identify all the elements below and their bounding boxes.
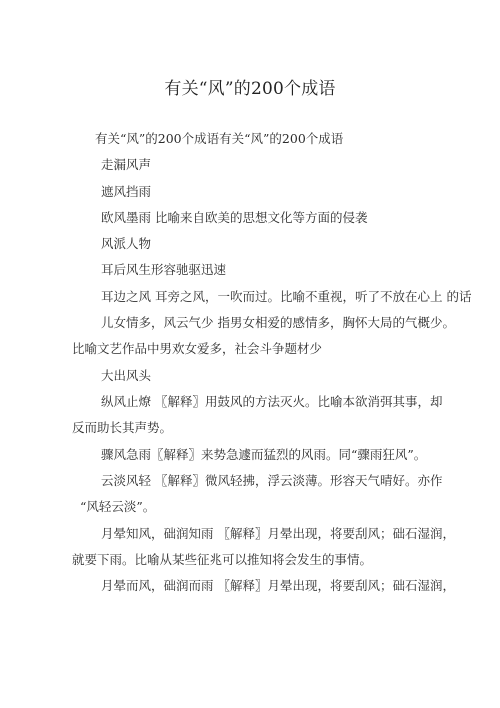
continuation-line: “风轻云淡”。 (80, 499, 155, 515)
idiom-line: 大出风头 (101, 368, 151, 384)
idiom-line: 月晕知风，础润知雨 〖解释〗月晕出现，将要刮风；础石湿润， (101, 526, 455, 542)
continuation-line: 比喻文艺作品中男欢女爱多，社会斗争题材少 (72, 341, 322, 357)
idiom-line: 欧风墨雨 比喻来自欧美的思想文化等方面的侵袭 (101, 210, 367, 226)
idiom-line: 遮风挡雨 (101, 184, 151, 200)
idiom-line: 风派人物 (101, 236, 151, 252)
idiom-line: 骤风急雨〖解释〗来势急遽而猛烈的风雨。同“骤雨狂风”。 (101, 447, 426, 463)
continuation-line: 反而助长其声势。 (72, 420, 172, 436)
idiom-line: 纵风止燎 〖解释〗用鼓风的方法灭火。比喻本欲消弭其事，却 (101, 394, 442, 410)
idiom-line: 耳边之风 耳旁之风，一吹而过。比喻不重视，听了不放在心上 的话 (101, 289, 471, 305)
document-page: 有关“风”的200个成语 有关“风”的200个成语有关“风”的200个成语 走漏… (0, 0, 500, 708)
paragraph-line: 有关“风”的200个成语有关“风”的200个成语 (95, 131, 343, 147)
idiom-line: 月晕而风，础润而雨 〖解释〗月晕出现，将要刮风；础石湿润， (101, 578, 455, 594)
idiom-line: 儿女情多，风云气少 指男女相爱的感情多，胸怀大局的气概少。 (101, 315, 455, 331)
idiom-line: 走漏风声 (101, 157, 151, 173)
document-title: 有关“风”的200个成语 (0, 78, 500, 100)
idiom-line: 云淡风轻 〖解释〗微风轻拂，浮云淡薄。形容天气晴好。亦作 (101, 473, 442, 489)
idiom-line: 耳后风生形容驰驱迅速 (101, 262, 226, 278)
continuation-line: 就要下雨。比喻从某些征兆可以推知将会发生的事情。 (72, 552, 372, 568)
